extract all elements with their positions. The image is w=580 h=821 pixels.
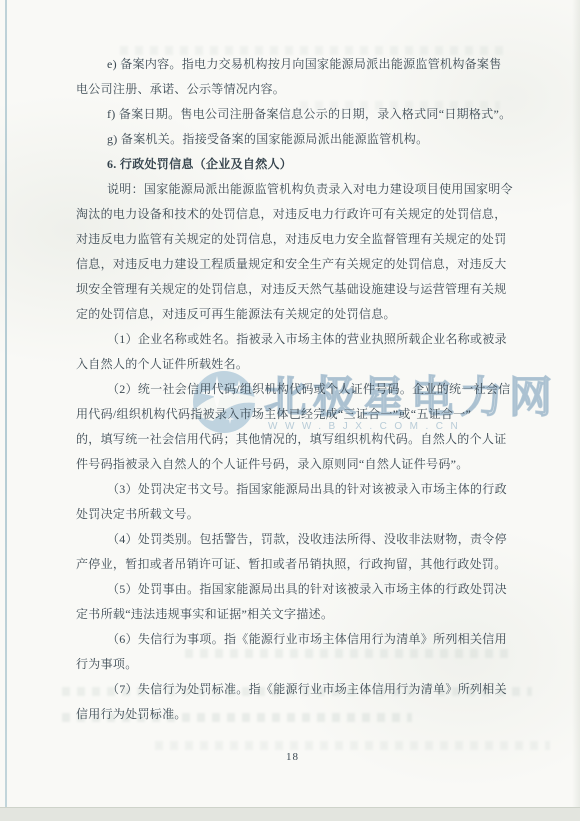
doc-line: 件号码指被录入自然人的个人证件号码，录入原则同“自然人证件号码”。 [76, 452, 512, 477]
doc-line: 入自然人的个人证件所载姓名。 [76, 352, 512, 377]
doc-line: 用代码/组织机构代码指被录入市场主体已经完成“三证合一”或“五证合一” [76, 402, 512, 427]
bleed-through-artifact [155, 741, 550, 750]
doc-line: （7）失信行为处罚标准。指《能源行业市场主体信用行为清单》所列相关 [76, 677, 512, 702]
doc-line: 的，填写统一社会信用代码；其他情况的，填写组织机构代码。自然人的个人证 [76, 427, 512, 452]
doc-line: 对违反电力监管有关规定的处罚信息，对违反电力安全监督管理有关规定的处罚 [76, 227, 512, 252]
doc-line: （6）失信行为事项。指《能源行业市场主体信用行为清单》所列相关信用 [76, 627, 512, 652]
scan-edge-line [5, 0, 7, 809]
section-heading: 6. 行政处罚信息（企业及自然人） [76, 152, 512, 177]
doc-line: 定书所载“违法违规事实和证据”相关文字描述。 [76, 602, 512, 627]
doc-line: （1）企业名称或姓名。指被录入市场主体的营业执照所载企业名称或被录 [76, 327, 512, 352]
doc-line: e) 备案内容。指电力交易机构按月向国家能源局派出能源监管机构备案售 [76, 52, 512, 77]
doc-line: g) 备案机关。指接受备案的国家能源局派出能源监管机构。 [76, 127, 512, 152]
doc-line: （4）处罚类别。包括警告，罚款，没收违法所得、没收非法财物，责令停 [76, 527, 512, 552]
doc-line: （2）统一社会信用代码/组织机构代码或个人证件号码。企业的统一社会信 [76, 377, 512, 402]
document-body: e) 备案内容。指电力交易机构按月向国家能源局派出能源监管机构备案售 电公司注册… [76, 52, 512, 727]
doc-line: 坝安全管理有关规定的处罚信息，对违反天然气基础设施建设与运营管理有关规 [76, 277, 512, 302]
doc-line: 电公司注册、承诺、公示等情况内容。 [76, 77, 512, 102]
scan-shade-right [572, 0, 580, 821]
scan-bottom-band [0, 807, 580, 821]
doc-line: 说明：国家能源局派出能源监管机构负责录入对电力建设项目使用国家明令 [76, 177, 512, 202]
doc-line: 淘汰的电力设备和技术的处罚信息，对违反电力行政许可有关规定的处罚信息， [76, 202, 512, 227]
scanned-document-page: 北极星电力网 WWW.BJX.COM.CN e) 备案内容。指电力交易机构按月向… [0, 0, 580, 821]
doc-line: 产停业，暂扣或者吊销许可证、暂扣或者吊销执照，行政拘留，其他行政处罚。 [76, 552, 512, 577]
doc-line: （3）处罚决定书文号。指国家能源局出具的针对该被录入市场主体的行政 [76, 477, 512, 502]
doc-line: 信用行为处罚标准。 [76, 702, 512, 727]
doc-line: 处罚决定书所载文号。 [76, 502, 512, 527]
doc-line: （5）处罚事由。指国家能源局出具的针对该被录入市场主体的行政处罚决 [76, 577, 512, 602]
doc-line: f) 备案日期。售电公司注册备案信息公示的日期，录入格式同“日期格式”。 [76, 102, 512, 127]
doc-line: 定的处罚信息，对违反可再生能源法有关规定的处罚信息。 [76, 302, 512, 327]
doc-line: 信息，对违反电力建设工程质量规定和安全生产有关规定的处罚信息，对违反大 [76, 252, 512, 277]
page-number: 18 [286, 751, 299, 763]
doc-line: 行为事项。 [76, 652, 512, 677]
